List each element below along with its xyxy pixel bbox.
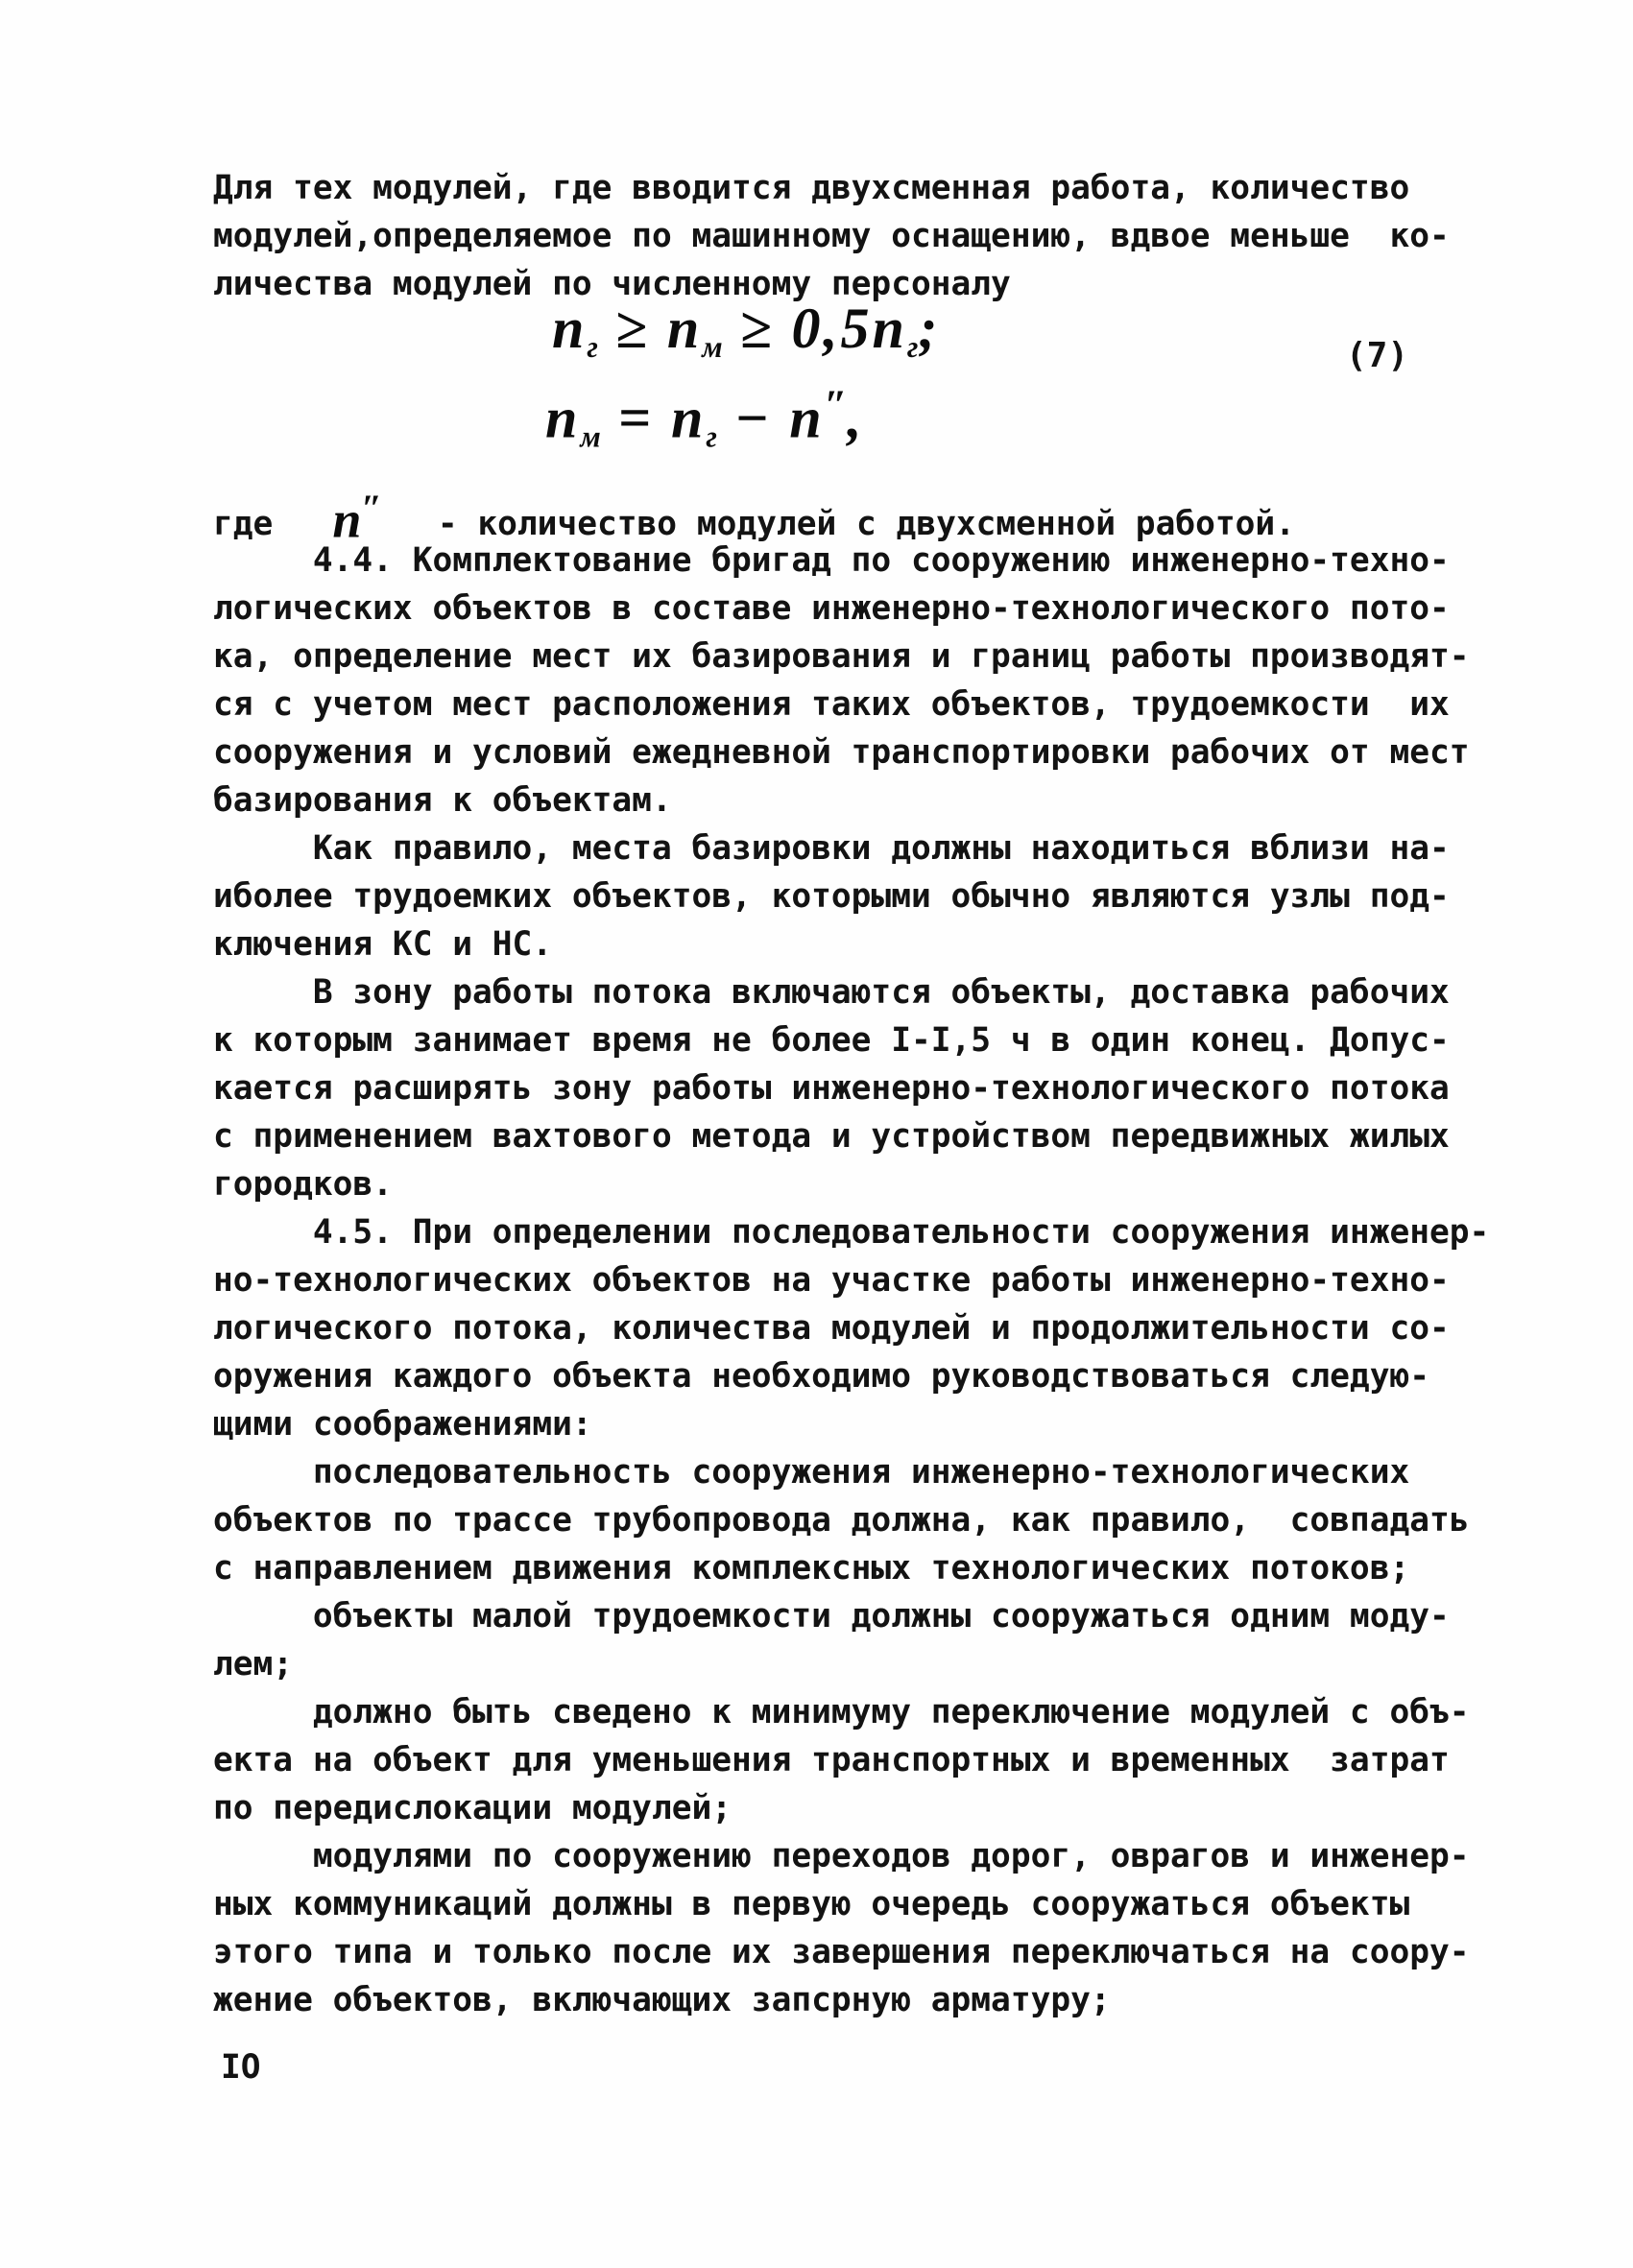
formula-1-coef: 0,5 [792,297,873,360]
intro-paragraph: Для тех модулей, где вводится двухсменна… [213,164,1450,308]
formula-1-sub2: м [702,330,722,364]
formula-2-rel1: = [601,386,671,449]
scanned-document-page: Для тех модулей, где вводится двухсменна… [0,0,1633,2268]
body-text: 4.4. Комплектование бригад по сооружению… [213,537,1489,2024]
formula-1-punct: ; [918,297,940,360]
formula-2-prime: ″ [825,383,848,428]
where-definition-line: где п″ - количество модулей с двухсменно… [213,485,1295,533]
formula-1-var2: п [667,297,702,360]
formula-1-var1: п [552,297,587,360]
formula-1-sub3: г [907,330,919,364]
formula-2-var1: п [545,386,580,449]
page-number: IO [221,2043,261,2091]
formula-1-var3: п [873,297,907,360]
where-symbol-prime: ″ [361,488,381,529]
formula-2-sub1: м [580,419,600,453]
formula-1-rel2: ≥ [723,297,792,360]
formula-2-rel2: − [717,386,789,449]
formula-1-rel1: ≥ [598,297,667,360]
formula-2-var3: п [789,386,824,449]
equation-number: (7) [1346,336,1408,375]
formula-1-sub1: г [587,330,598,364]
formula-2: пм = пг − п″, [545,382,864,454]
formula-2-punct: , [847,386,864,449]
formula-2-var2: п [671,386,706,449]
formula-1: пг ≥ пм ≥ 0,5пг; [552,296,940,365]
formula-2-sub2: г [706,419,717,453]
